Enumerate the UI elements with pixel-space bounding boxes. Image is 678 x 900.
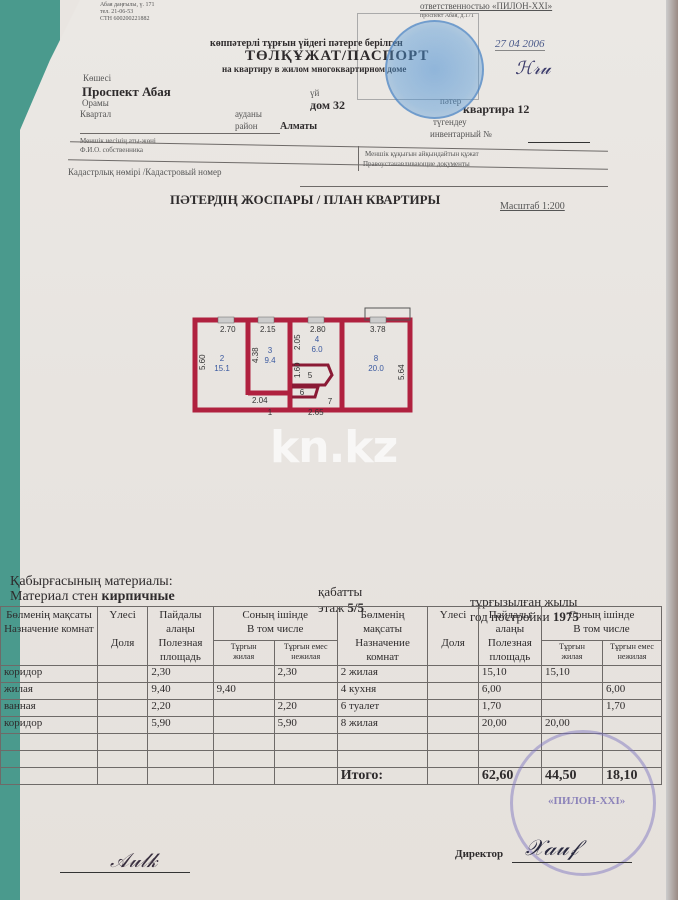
cell-area: 20,00 (478, 717, 541, 734)
header-share: ҮлесіДоля (97, 607, 148, 666)
house-value: дом 32 (310, 98, 345, 113)
table-row: коридор5,905,908 жилая20,0020,00 (1, 717, 662, 734)
cadastral-value-line (300, 186, 608, 187)
cell-name: коридор (1, 717, 98, 734)
svg-text:2.04: 2.04 (252, 396, 268, 405)
cell-name (1, 734, 98, 751)
inventory-label-ru: инвентарный № (430, 129, 492, 139)
director-label: Директор (455, 848, 503, 860)
svg-text:2.05: 2.05 (293, 334, 302, 350)
cell-name: 8 жилая (337, 717, 428, 734)
svg-text:6: 6 (300, 388, 305, 397)
svg-text:20.0: 20.0 (368, 364, 384, 373)
district-value: Алматы (280, 121, 317, 132)
docs-label-kz: Меншік құқығын айқындайтын құжат (365, 150, 479, 158)
cell-nonliving (603, 717, 662, 734)
cell-living (213, 734, 274, 751)
cadastral-label: Кадастрлық нөмірі /Кадастровый номер (68, 167, 221, 177)
cell-share (97, 751, 148, 768)
svg-text:1.60: 1.60 (293, 362, 302, 378)
svg-text:2.80: 2.80 (310, 325, 326, 334)
cell-area: 15,10 (478, 666, 541, 683)
cell-name (337, 734, 428, 751)
signature-top: ℋ𝓇𝓊 (515, 58, 550, 79)
cell-name: 4 кухня (337, 683, 428, 700)
cell-living (541, 700, 602, 717)
cell-nonliving (274, 734, 337, 751)
svg-text:9.4: 9.4 (264, 356, 276, 365)
cell-share (97, 683, 148, 700)
cell-name: 6 туалет (337, 700, 428, 717)
cell-area: 2,30 (148, 666, 213, 683)
cell-nonliving: 5,90 (274, 717, 337, 734)
floor-plan: 2.70 2.15 2.80 3.78 5.60 4.38 2.05 1.60 … (190, 305, 420, 420)
cell-area: 5,90 (148, 717, 213, 734)
cell-living (213, 717, 274, 734)
stamp-date: 27 04 2006 (495, 38, 545, 51)
cell-name: жилая (1, 683, 98, 700)
svg-text:4.38: 4.38 (251, 347, 260, 363)
cell-name (337, 751, 428, 768)
cell-share (428, 717, 479, 734)
wall-material: Материал стен кирпичные (10, 589, 175, 605)
header-area: Пайдалы алаңыПолезная площадь (148, 607, 213, 666)
cell-living (213, 666, 274, 683)
table-row: жилая9,409,404 кухня6,006,00 (1, 683, 662, 700)
quarter-label: Квартал (80, 109, 111, 119)
cell-name: 2 жилая (337, 666, 428, 683)
cell-name: ванная (1, 700, 98, 717)
svg-text:1: 1 (268, 408, 273, 417)
page-edge-shadow (666, 0, 678, 900)
plan-title: ПӘТЕРДІҢ ЖОСПАРЫ / ПЛАН КВАРТИРЫ (170, 192, 440, 208)
official-stamp-top (385, 20, 484, 119)
cell-living: 15,10 (541, 666, 602, 683)
svg-text:5.64: 5.64 (397, 364, 406, 380)
signature-line-director (512, 862, 632, 863)
apartment-value: квартира 12 (463, 102, 529, 117)
header-purpose-2: Бөлменің мақсатыНазначение комнат (337, 607, 428, 666)
street-label-ru: Орамы (82, 98, 109, 108)
cell-nonliving: 1,70 (603, 700, 662, 717)
header-including: Соның ішіндеВ том числе (213, 607, 337, 641)
signature-director: 𝒳𝒶𝓊𝒻 (525, 835, 578, 861)
cell-living: 9,40 (213, 683, 274, 700)
cell-area: 6,00 (478, 683, 541, 700)
house-label-kz: үй (310, 88, 319, 98)
svg-text:7: 7 (328, 397, 333, 406)
signature-line-left (60, 872, 190, 873)
divider (358, 146, 359, 171)
cell-area: 9,40 (148, 683, 213, 700)
org-address-left: Абая даңғылы, ү. 171 тел. 21-06-53 СТН 6… (100, 2, 154, 23)
table-row: коридор2,302,302 жилая15,1015,10 (1, 666, 662, 683)
cell-share (428, 666, 479, 683)
cell-area (478, 734, 541, 751)
svg-text:15.1: 15.1 (214, 364, 230, 373)
header-area-2: Пайдалы алаңыПолезная площадь (478, 607, 541, 666)
street-label-kz: Көшесі (83, 73, 111, 83)
owner-label-ru: Ф.И.О. собственника (80, 146, 143, 154)
cell-area (148, 734, 213, 751)
divider (80, 133, 280, 134)
cell-area: 2,20 (148, 700, 213, 717)
cell-living (213, 700, 274, 717)
cell-area: 1,70 (478, 700, 541, 717)
stamp-text: «ПИЛОН-XXI» (548, 795, 625, 807)
table-row: ванная2,202,206 туалет1,701,70 (1, 700, 662, 717)
cell-nonliving (274, 751, 337, 768)
svg-text:2.65: 2.65 (308, 408, 324, 417)
district-label-kz: ауданы (235, 109, 262, 119)
cell-share (97, 700, 148, 717)
svg-text:6.0: 6.0 (311, 345, 323, 354)
cell-share (97, 717, 148, 734)
svg-text:8: 8 (374, 354, 379, 363)
cell-living (541, 683, 602, 700)
cell-share (97, 734, 148, 751)
cell-nonliving (603, 666, 662, 683)
svg-text:4: 4 (315, 335, 320, 344)
cell-nonliving: 6,00 (603, 683, 662, 700)
svg-text:5: 5 (308, 371, 313, 380)
svg-text:3: 3 (268, 346, 273, 355)
cell-nonliving: 2,30 (274, 666, 337, 683)
header-including-2: Соның ішіндеВ том числе (541, 607, 661, 641)
dim: 2.70 (220, 325, 236, 334)
cell-share (428, 700, 479, 717)
svg-text:3.78: 3.78 (370, 325, 386, 334)
wall-label-kz: Қабырғасының материалы: (10, 574, 173, 590)
header-share-2: ҮлесіДоля (428, 607, 479, 666)
org-name-right: ответственностью «ПИЛОН-XXI» (420, 1, 552, 11)
cell-share (428, 734, 479, 751)
svg-text:5.60: 5.60 (198, 354, 207, 370)
floor-label-kz: қабатты (318, 584, 362, 600)
watermark: kn.kz (270, 422, 397, 473)
header-purpose: Бөлменің мақсатыНазначение комнат (1, 607, 98, 666)
cell-nonliving (274, 683, 337, 700)
plan-scale: Масштаб 1:200 (500, 201, 565, 212)
cell-name (1, 751, 98, 768)
table-header-row: Бөлменің мақсатыНазначение комнат ҮлесіД… (1, 607, 662, 641)
cell-share (428, 683, 479, 700)
cell-living (213, 751, 274, 768)
cell-share (97, 666, 148, 683)
svg-text:2: 2 (220, 354, 225, 363)
signature-left: 𝒜𝓊𝓁𝓀 (110, 850, 158, 873)
cell-share (428, 751, 479, 768)
district-label-ru: район (235, 121, 258, 131)
cell-name: коридор (1, 666, 98, 683)
cell-nonliving: 2,20 (274, 700, 337, 717)
svg-text:2.15: 2.15 (260, 325, 276, 334)
title-ru: на квартиру в жилом многоквартирном доме (222, 64, 406, 74)
cell-area (148, 751, 213, 768)
inventory-value-line (528, 142, 590, 143)
